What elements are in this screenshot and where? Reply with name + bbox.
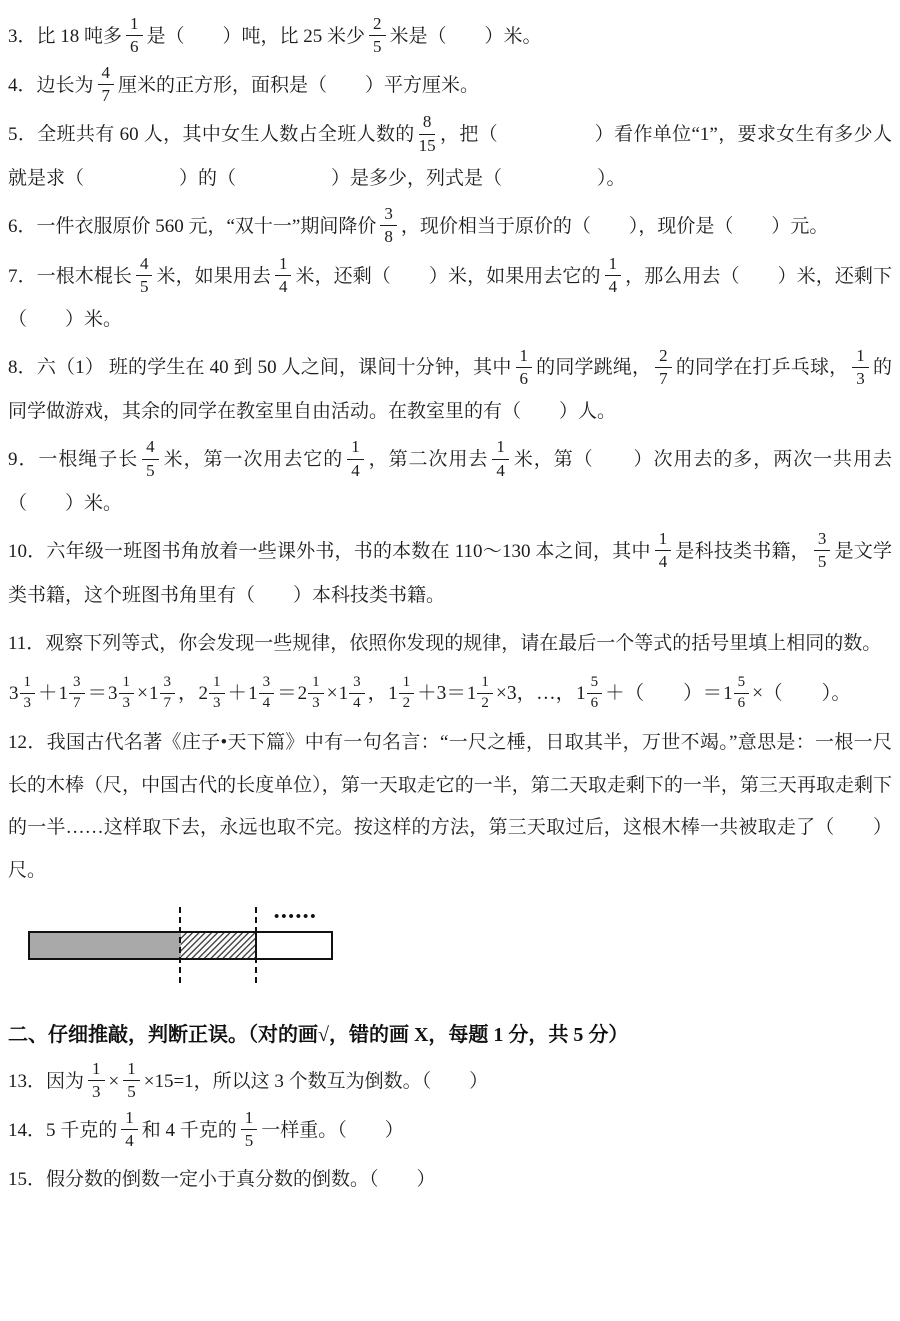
problem-text: ＋3＝ [417,683,466,704]
problem-text: 的同学在打乒乓球， [676,357,849,378]
fraction-denominator: 2 [481,694,489,713]
fraction-denominator: 4 [125,1130,134,1151]
fraction: 13 [20,674,36,712]
problem-text: 是科技类书籍， [675,541,810,562]
problem-text: × [137,683,148,704]
fraction-denominator: 5 [146,460,155,481]
problem-4: 4．边长为47厘米的正方形，面积是（ ）平方厘米。 [8,65,892,108]
problem-text: 10．六年级一班图书角放着一些课外书，书的本数在 110～130 本之间，其中 [8,541,651,562]
problem-9: 9．一根绳子长45米，第一次用去它的14，第二次用去14米，第（ ）次用去的多，… [8,439,892,525]
problem-text: ＝ [88,683,108,704]
problem-text: ＝ [277,683,297,704]
mixed-number: 112 [388,673,416,716]
fraction-denominator: 4 [351,460,360,481]
mixed-number: 313 [9,673,37,716]
fraction-denominator: 4 [659,551,668,572]
problem-text: ， [368,683,388,704]
mixed-number: 213 [199,673,227,716]
problem-5: 5．全班共有 60 人，其中女生人数占全班人数的815，把（ ）看作单位“1”，… [8,114,892,200]
fraction: 14 [347,437,364,480]
fraction-numerator: 1 [126,14,143,36]
problem-text: ＋ [38,683,58,704]
fraction-denominator: 5 [127,1081,136,1102]
mixed-number: 112 [467,673,495,716]
fraction-denominator: 4 [263,694,271,713]
fraction: 12 [399,674,415,712]
problem-3: 3．比 18 吨多16是（ ）吨，比 25 米少25米是（ ）米。 [8,16,892,59]
fraction: 35 [814,529,831,572]
fraction-numerator: 1 [347,437,364,459]
fraction-numerator: 4 [142,437,159,459]
fraction: 47 [98,63,115,106]
problem-text: 3．比 18 吨多 [8,26,122,47]
fraction-numerator: 3 [69,674,85,694]
problem-7: 7．一根木棍长45米，如果用去14米，还剩（ ）米，如果用去它的14，那么用去（… [8,256,892,342]
fraction-numerator: 8 [419,112,436,134]
problem-text: 和 4 千克的 [142,1120,237,1141]
mixed-number-whole: 1 [339,673,349,716]
fraction: 37 [69,674,85,712]
fraction: 14 [605,254,622,297]
fraction-numerator: 3 [160,674,176,694]
fraction-numerator: 1 [399,674,415,694]
problem-text: 11．观察下列等式，你会发现一些规律，依照你发现的规律，请在最后一个等式的括号里… [8,633,881,654]
fraction: 13 [852,346,869,389]
fraction-denominator: 5 [140,276,149,297]
problem-text: 9．一根绳子长 [8,449,138,470]
problem-text: 15．假分数的倒数一定小于真分数的倒数。（ ） [8,1169,436,1190]
mixed-number: 313 [108,673,136,716]
fraction-denominator: 3 [123,694,131,713]
judge-problems: 13．因为13×15×15=1，所以这 3 个数互为倒数。（ ）14．5 千克的… [8,1061,892,1202]
problem-text: 米是（ ）米。 [390,26,542,47]
fraction: 45 [136,254,153,297]
fraction: 15 [241,1108,258,1151]
fraction-denominator: 4 [279,276,288,297]
fraction-denominator: 3 [312,694,320,713]
fraction-numerator: 1 [119,674,135,694]
fraction-numerator: 1 [308,674,324,694]
worksheet-page: 3．比 18 吨多16是（ ）吨，比 25 米少25米是（ ）米。4．边长为47… [0,0,900,1321]
problem-12: 12．我国古代名著《庄子•天下篇》中有一句名言：“一尺之棰，日取其半，万世不竭。… [8,722,892,893]
fraction-numerator: 4 [136,254,153,276]
fraction-numerator: 3 [349,674,365,694]
problem-text: 一样重。（ ） [261,1120,404,1141]
mixed-number-whole: 1 [248,673,258,716]
fraction-denominator: 5 [373,36,382,57]
fraction: 14 [492,437,509,480]
bar-segment-remaining [255,933,331,958]
fill-blanks-problems: 3．比 18 吨多16是（ ）吨，比 25 米少25米是（ ）米。4．边长为47… [8,16,892,893]
mixed-number-whole: 3 [9,673,19,716]
fraction-numerator: 2 [655,346,672,368]
fraction: 56 [587,674,603,712]
fraction-denominator: 7 [659,368,668,389]
fraction-denominator: 8 [384,226,393,247]
mixed-number: 213 [298,673,326,716]
dashed-divider-half [179,907,181,983]
fraction: 13 [119,674,135,712]
problem-text: 是（ ）吨，比 25 米少 [147,26,366,47]
fraction-numerator: 1 [241,1108,258,1130]
mixed-number-whole: 1 [467,673,477,716]
mixed-number-whole: 1 [59,673,69,716]
problem-text: 14．5 千克的 [8,1120,117,1141]
fraction-denominator: 15 [419,135,436,156]
mixed-number-whole: 3 [108,673,118,716]
problem-text: 6．一件衣服原价 560 元，“双十一”期间降价 [8,216,376,237]
fraction: 13 [88,1059,105,1102]
problem-text: 12．我国古代名著《庄子•天下篇》中有一句名言：“一尺之棰，日取其半，万世不竭。… [8,732,892,881]
problem-11-equation: 313＋137＝313×137，213＋134＝213×134，112＋3＝11… [8,672,892,716]
fraction-denominator: 7 [73,694,81,713]
fraction-numerator: 5 [734,674,750,694]
fraction-numerator: 5 [587,674,603,694]
fraction: 34 [259,674,275,712]
fraction-numerator: 1 [121,1108,138,1130]
problem-text: ×3，…， [496,683,575,704]
fraction: 56 [734,674,750,712]
fraction: 45 [142,437,159,480]
fraction-numerator: 3 [259,674,275,694]
fraction-denominator: 7 [102,85,111,106]
mixed-number: 137 [149,673,177,716]
fraction-denominator: 3 [856,368,865,389]
fraction-denominator: 2 [403,694,411,713]
bar-segment-taken-day2 [181,933,255,958]
mixed-number: 156 [576,673,604,716]
fraction: 27 [655,346,672,389]
problem-6: 6．一件衣服原价 560 元，“双十一”期间降价38，现价相当于原价的（ ），现… [8,206,892,249]
problem-text: 8．六（1） 班的学生在 40 到 50 人之间，课间十分钟，其中 [8,357,512,378]
fraction-denominator: 4 [353,694,361,713]
fraction: 13 [209,674,225,712]
fraction-denominator: 6 [130,36,139,57]
fraction-numerator: 1 [492,437,509,459]
problem-13: 13．因为13×15×15=1，所以这 3 个数互为倒数。（ ） [8,1061,892,1104]
fraction: 815 [419,112,436,155]
problem-14: 14．5 千克的14和 4 千克的15一样重。（ ） [8,1110,892,1153]
problem-text: 的同学跳绳， [536,357,651,378]
section-two-heading: 二、仔细推敲，判断正误。（对的画√，错的画 X，每题 1 分，共 5 分） [8,1019,892,1051]
problem-text: 米，第一次用去它的 [163,449,344,470]
fraction: 13 [308,674,324,712]
problem-text: 4．边长为 [8,75,94,96]
problem-text: 7．一根木棍长 [8,266,132,287]
problem-text: ，现价相当于原价的（ ），现价是（ ）元。 [401,216,829,237]
mixed-number: 156 [723,673,751,716]
fraction-numerator: 1 [209,674,225,694]
problem-text: ，第二次用去 [368,449,489,470]
fraction-numerator: 1 [123,1059,140,1081]
fraction-denominator: 3 [92,1081,101,1102]
fraction: 14 [275,254,292,297]
ellipsis-dots-label: •••••• [274,909,318,926]
fraction-denominator: 4 [496,460,505,481]
mixed-number-whole: 1 [723,673,733,716]
problem-text: ， [178,683,198,704]
fraction-numerator: 1 [516,346,533,368]
fraction-denominator: 6 [738,694,746,713]
problem-8: 8．六（1） 班的学生在 40 到 50 人之间，课间十分钟，其中16的同学跳绳… [8,347,892,433]
problem-text: 5．全班共有 60 人，其中女生人数占全班人数的 [8,124,415,145]
fraction-denominator: 5 [245,1130,254,1151]
fraction-numerator: 2 [369,14,386,36]
problem-text: ×（ ）。 [752,683,851,704]
fraction: 16 [126,14,143,57]
fraction: 12 [477,674,493,712]
fraction-numerator: 1 [655,529,672,551]
fraction-numerator: 1 [477,674,493,694]
fraction-denominator: 4 [609,276,618,297]
mixed-number-whole: 2 [199,673,209,716]
mixed-number-whole: 1 [388,673,398,716]
problem-text: 13．因为 [8,1071,84,1092]
fraction-numerator: 3 [814,529,831,551]
fraction-denominator: 7 [164,694,172,713]
problem-text: 厘米的正方形，面积是（ ）平方厘米。 [118,75,479,96]
mixed-number-whole: 1 [149,673,159,716]
mixed-number-whole: 1 [576,673,586,716]
problem-text: 米，还剩（ ）米，如果用去它的 [295,266,600,287]
fraction-numerator: 1 [20,674,36,694]
mixed-number: 134 [248,673,276,716]
fraction-denominator: 6 [520,368,529,389]
mixed-number-whole: 2 [298,673,308,716]
problem-11: 11．观察下列等式，你会发现一些规律，依照你发现的规律，请在最后一个等式的括号里… [8,623,892,666]
fraction-numerator: 1 [605,254,622,276]
fraction-denominator: 5 [818,551,827,572]
fraction-denominator: 3 [213,694,221,713]
fraction: 14 [121,1108,138,1151]
fraction-numerator: 1 [852,346,869,368]
fraction-numerator: 1 [88,1059,105,1081]
problem-text: ＋ [228,683,248,704]
mixed-number: 137 [59,673,87,716]
fraction: 14 [655,529,672,572]
bar-segment-taken-day1 [30,933,181,958]
problem-text: ×15=1，所以这 3 个数互为倒数。（ ） [144,1071,488,1092]
problem-text: ＋（ ）＝ [605,683,722,704]
dashed-divider-three-quarter [255,907,257,983]
fraction-denominator: 6 [591,694,599,713]
problem-text: × [109,1071,120,1092]
fraction-denominator: 3 [24,694,32,713]
problem-text: × [327,683,338,704]
problem-15: 15．假分数的倒数一定小于真分数的倒数。（ ） [8,1159,892,1202]
fraction: 25 [369,14,386,57]
fraction: 16 [516,346,533,389]
fraction-numerator: 1 [275,254,292,276]
problem-text: 米，如果用去 [156,266,270,287]
fraction: 37 [160,674,176,712]
bar-diagram: •••••• [28,909,368,1001]
fraction: 38 [380,204,397,247]
fraction-numerator: 4 [98,63,115,85]
mixed-number: 134 [339,673,367,716]
fraction-numerator: 3 [380,204,397,226]
fraction: 34 [349,674,365,712]
problem-10: 10．六年级一班图书角放着一些课外书，书的本数在 110～130 本之间，其中1… [8,531,892,617]
fraction: 15 [123,1059,140,1102]
